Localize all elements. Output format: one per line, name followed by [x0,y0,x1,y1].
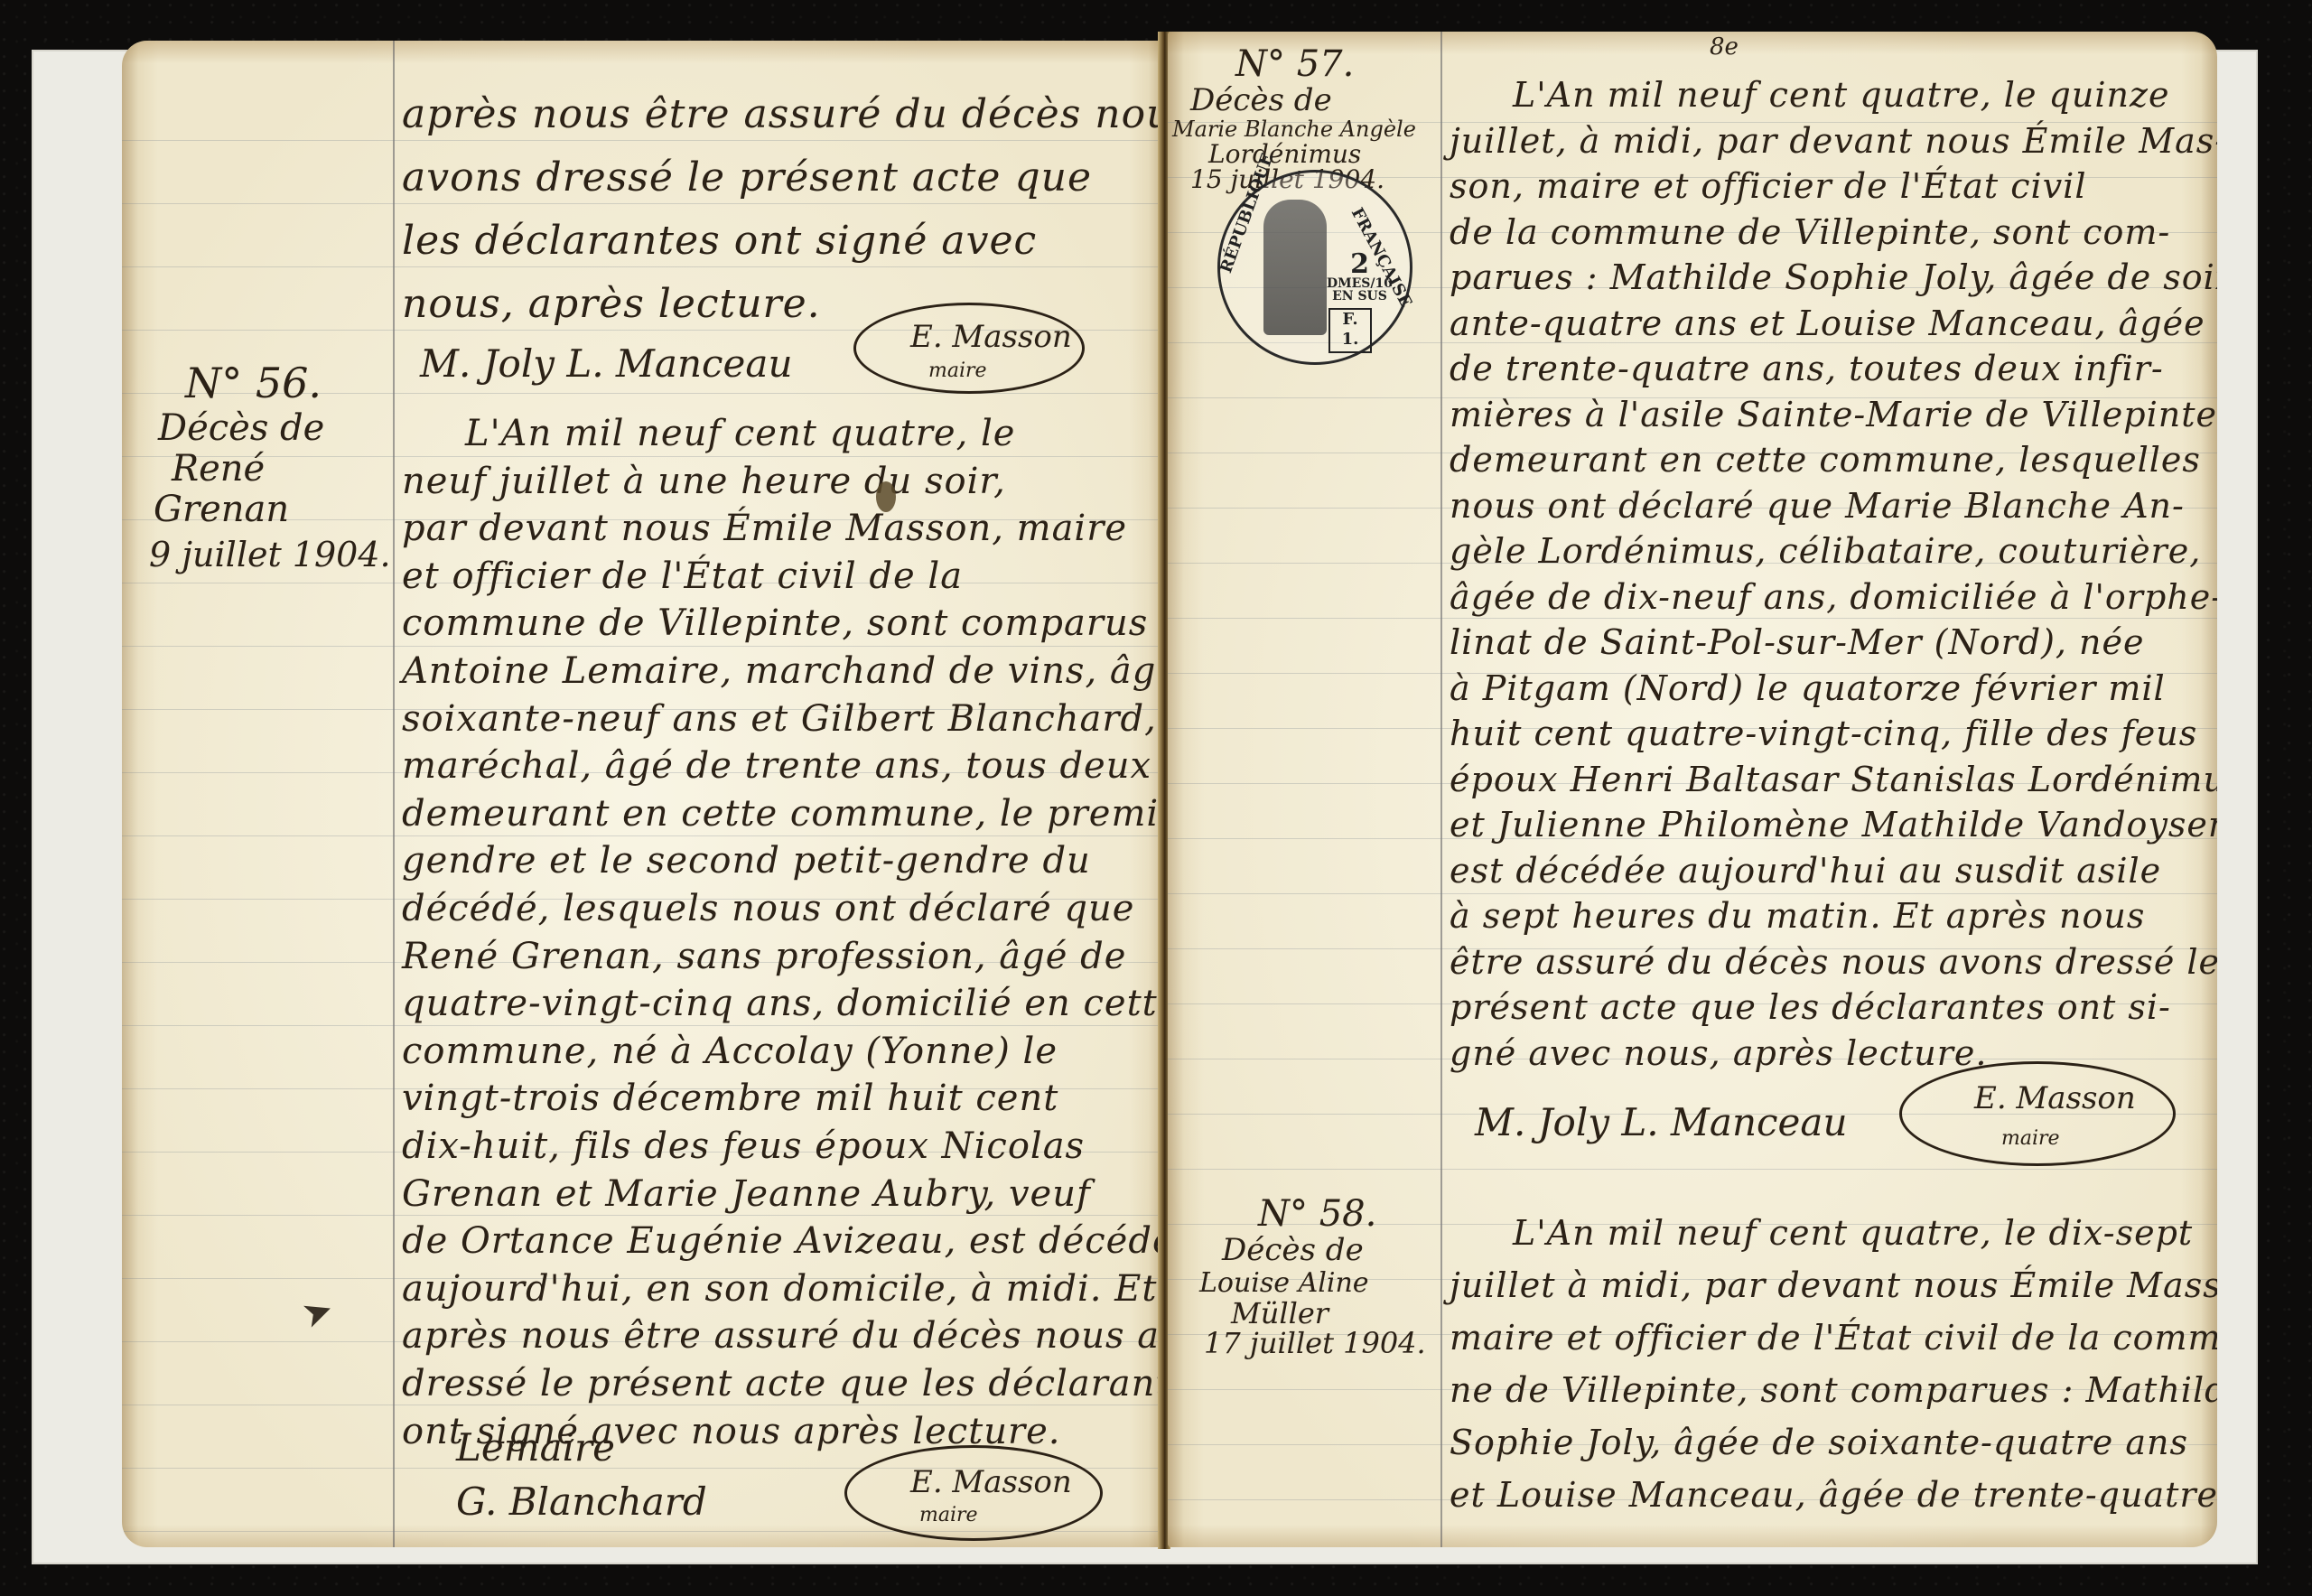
margin-title-line: Décès de [158,406,324,450]
text-line: maréchal, âgé de trente ans, tous deux [402,739,1151,793]
margin-title-line: Grenan [154,488,289,531]
mayor-title: maire [919,1504,978,1526]
mayor-name: E. Masson [1974,1080,2136,1116]
text-line: de Ortance Eugénie Avizeau, est décédé [402,1214,1165,1268]
text-line: demeurant en cette commune, le premier [402,787,1165,841]
margin-title-line: 9 juillet 1904. [149,533,391,576]
text-line: les déclarantes ont signé avec [402,214,1037,268]
text-line: dix-huit, fils des feus époux Nicolas [402,1119,1085,1173]
text-line: quatre-vingt-cinq ans, domicilié en cett… [402,976,1165,1031]
marianne-figure-icon [1263,200,1327,335]
folio-note: 8e [1710,33,1739,61]
text-line: René Grenan, sans profession, âgé de [402,929,1126,984]
text-line: nous, après lecture. [402,277,821,331]
declarant-signatures: M. Joly L. Manceau [420,339,793,389]
revenue-stamp: RÉPUBLIQUE FRANÇAISE 2 DMES/10 EN SUS F.… [1217,170,1412,365]
mayor-name: E. Masson [910,319,1072,355]
text-line: neuf juillet à une heure du soir, [402,454,1006,509]
text-line: par devant nous Émile Masson, maire [402,501,1127,555]
declarant-signature: G. Blanchard [456,1477,707,1527]
text-line: et Louise Manceau, âgée de trente-quatre… [1450,1468,2217,1522]
mayor-signature: E. Masson maire [1899,1061,2176,1166]
text-line: Grenan et Marie Jeanne Aubry, veuf [402,1167,1091,1221]
mayor-title: maire [2001,1127,2060,1150]
text-line: et officier de l'État civil de la [402,549,963,603]
text-line: avons dressé le présent acte que [402,151,1092,205]
stamp-value: 2 DMES/10 EN SUS [1327,252,1393,303]
text-line: Antoine Lemaire, marchand de vins, âgé d… [402,644,1165,698]
ink-blot [876,481,896,512]
text-line: Sophie Joly, âgée de soixante-quatre ans [1450,1415,2188,1470]
text-line: après nous être assuré du décès nous [402,88,1165,142]
text-line: vingt-trois décembre mil huit cent [402,1071,1058,1125]
text-line: L'An mil neuf cent quatre, le dix-sept [1513,1206,2193,1260]
act-number: N° 56. [185,361,322,405]
text-line: commune, né à Accolay (Yonne) le [402,1024,1058,1078]
margin-rule [1440,32,1442,1547]
text-line: dressé le présent acte que les déclarant… [402,1357,1165,1411]
text-line: gné avec nous, après lecture. [1450,1026,1987,1080]
text-line: soixante-neuf ans et Gilbert Blanchard, [402,692,1157,746]
mayor-name: E. Masson [910,1464,1072,1500]
text-line: aujourd'hui, en son domicile, à midi. Et [402,1262,1157,1316]
left-page: après nous être assuré du décès nous avo… [122,41,1165,1547]
declarant-signature: Lemaire [456,1423,615,1473]
margin-title-line: 17 juillet 1904. [1204,1321,1426,1365]
stamp-denomination: F. 1. [1328,308,1372,353]
margin-title-line: René [172,447,265,490]
text-line: commune de Villepinte, sont comparus [402,596,1148,650]
text-line: après nous être assuré du décès nous avo… [402,1309,1165,1363]
text-line: juillet à midi, par devant nous Émile Ma… [1450,1258,2217,1312]
arrow-mark-icon: ➤ [296,1288,339,1338]
mayor-title: maire [928,359,987,382]
mayor-signature: E. Masson maire [853,303,1085,394]
text-line: décédé, lesquels nous ont déclaré que [402,882,1134,936]
text-line: maire et officier de l'État civil de la … [1450,1311,2217,1365]
ruled-line [1168,1169,2217,1170]
text-line: ne de Villepinte, sont comparues : Mathi… [1450,1363,2217,1417]
declarant-signatures: M. Joly L. Manceau [1475,1097,1848,1148]
text-line: gendre et le second petit-gendre du [402,834,1091,888]
text-line: L'An mil neuf cent quatre, le [465,406,1015,461]
mayor-signature: E. Masson maire [844,1445,1103,1541]
